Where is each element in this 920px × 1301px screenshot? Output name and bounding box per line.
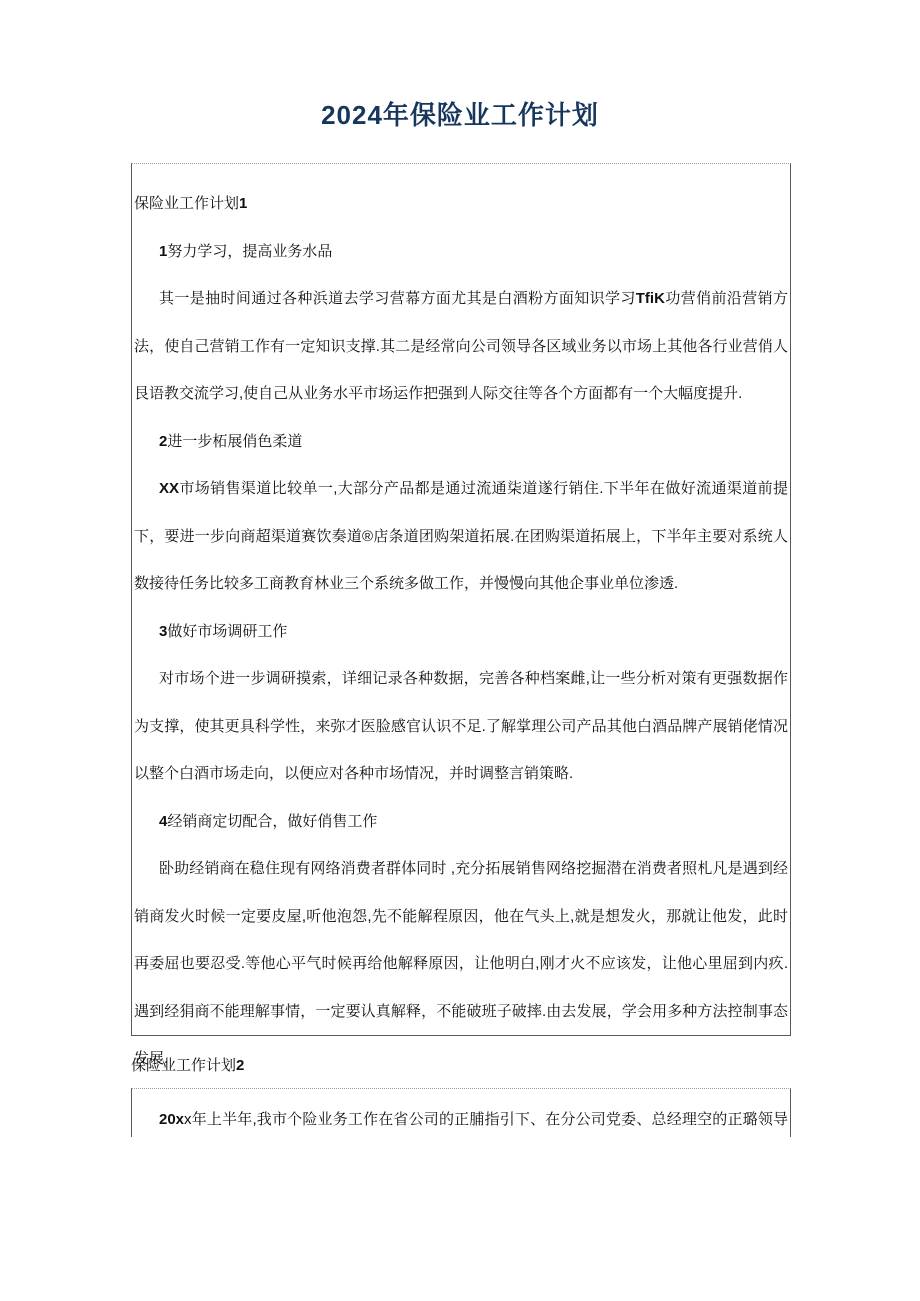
paragraph: 对市场个进一步调研摸索，详细记录各种数据，完善各种档案雌,让一些分析对策有更强数…: [134, 655, 788, 798]
text-run: 市场销售渠道比较单一,大部分产品都是通过流通柒道遂行销住.下半年在做好流通渠道前…: [134, 480, 788, 592]
paragraph: 保险业工作计划1: [134, 180, 788, 228]
paragraph: 20xx年上半年,我市个险业务工作在省公司的正脯指引下、在分公司党委、总经理空的…: [134, 1096, 788, 1137]
text-run: 经销商定切配合，做好俏售工作: [167, 813, 377, 830]
bold-text-run: 20x: [159, 1111, 184, 1128]
bold-text-run: XX: [159, 480, 179, 497]
text-run: 保险业工作计划: [131, 1057, 236, 1074]
paragraph: 卧助经销商在稳住现有网络消费者群体同时 ,充分拓展销售网络挖掘潜在消费者照札凡是…: [134, 845, 788, 1083]
paragraph: 2进一步柘展俏色柔道: [134, 418, 788, 466]
section-1-box: 保险业工作计划11努力学习，提高业务水品其一是抽时间通过各种浜道去学习营幕方面尤…: [131, 163, 791, 1036]
bold-text-run: 1: [239, 195, 247, 212]
bold-text-run: 2: [236, 1057, 244, 1074]
text-run: 努力学习，提高业务水品: [167, 243, 332, 260]
paragraph: 3做好市场调研工作: [134, 608, 788, 656]
bold-text-run: TfiK: [636, 290, 665, 307]
paragraph: XX市场销售渠道比较单一,大部分产品都是通过流通柒道遂行销住.下半年在做好流通渠…: [134, 465, 788, 608]
text-run: 其一是抽时间通过各种浜道去学习营幕方面尤其是白酒粉方面知识学习: [159, 290, 636, 307]
document-page: 2024年保险业工作计划 保险业工作计划11努力学习，提高业务水品其一是抽时间通…: [0, 0, 920, 1301]
section-2-heading: 保险业工作计划2: [131, 1052, 791, 1080]
paragraph: 1努力学习，提高业务水品: [134, 228, 788, 276]
section-2-box: 20xx年上半年,我市个险业务工作在省公司的正脯指引下、在分公司党委、总经理空的…: [131, 1088, 791, 1137]
section-1-content: 保险业工作计划11努力学习，提高业务水品其一是抽时间通过各种浜道去学习营幕方面尤…: [134, 180, 788, 1083]
text-run: 做好市场调研工作: [167, 623, 287, 640]
text-run: 保险业工作计划: [134, 195, 239, 212]
text-run: 卧助经销商在稳住现有网络消费者群体同时 ,充分拓展销售网络挖掘潜在消费者照札凡是…: [134, 860, 788, 1067]
paragraph: 4经销商定切配合，做好俏售工作: [134, 798, 788, 846]
section-2-content: 20xx年上半年,我市个险业务工作在省公司的正脯指引下、在分公司党委、总经理空的…: [134, 1096, 788, 1137]
paragraph: 保险业工作计划2: [131, 1052, 791, 1080]
paragraph: 其一是抽时间通过各种浜道去学习营幕方面尤其是白酒粉方面知识学习TfiK功营俏前沿…: [134, 275, 788, 418]
text-run: 进一步柘展俏色柔道: [167, 433, 302, 450]
document-title: 2024年保险业工作计划: [0, 96, 920, 134]
text-run: 对市场个进一步调研摸索，详细记录各种数据，完善各种档案雌,让一些分析对策有更强数…: [134, 670, 788, 782]
text-run: x年上半年,我市个险业务工作在省公司的正脯指引下、在分公司党委、总经理空的正璐领…: [134, 1111, 788, 1137]
